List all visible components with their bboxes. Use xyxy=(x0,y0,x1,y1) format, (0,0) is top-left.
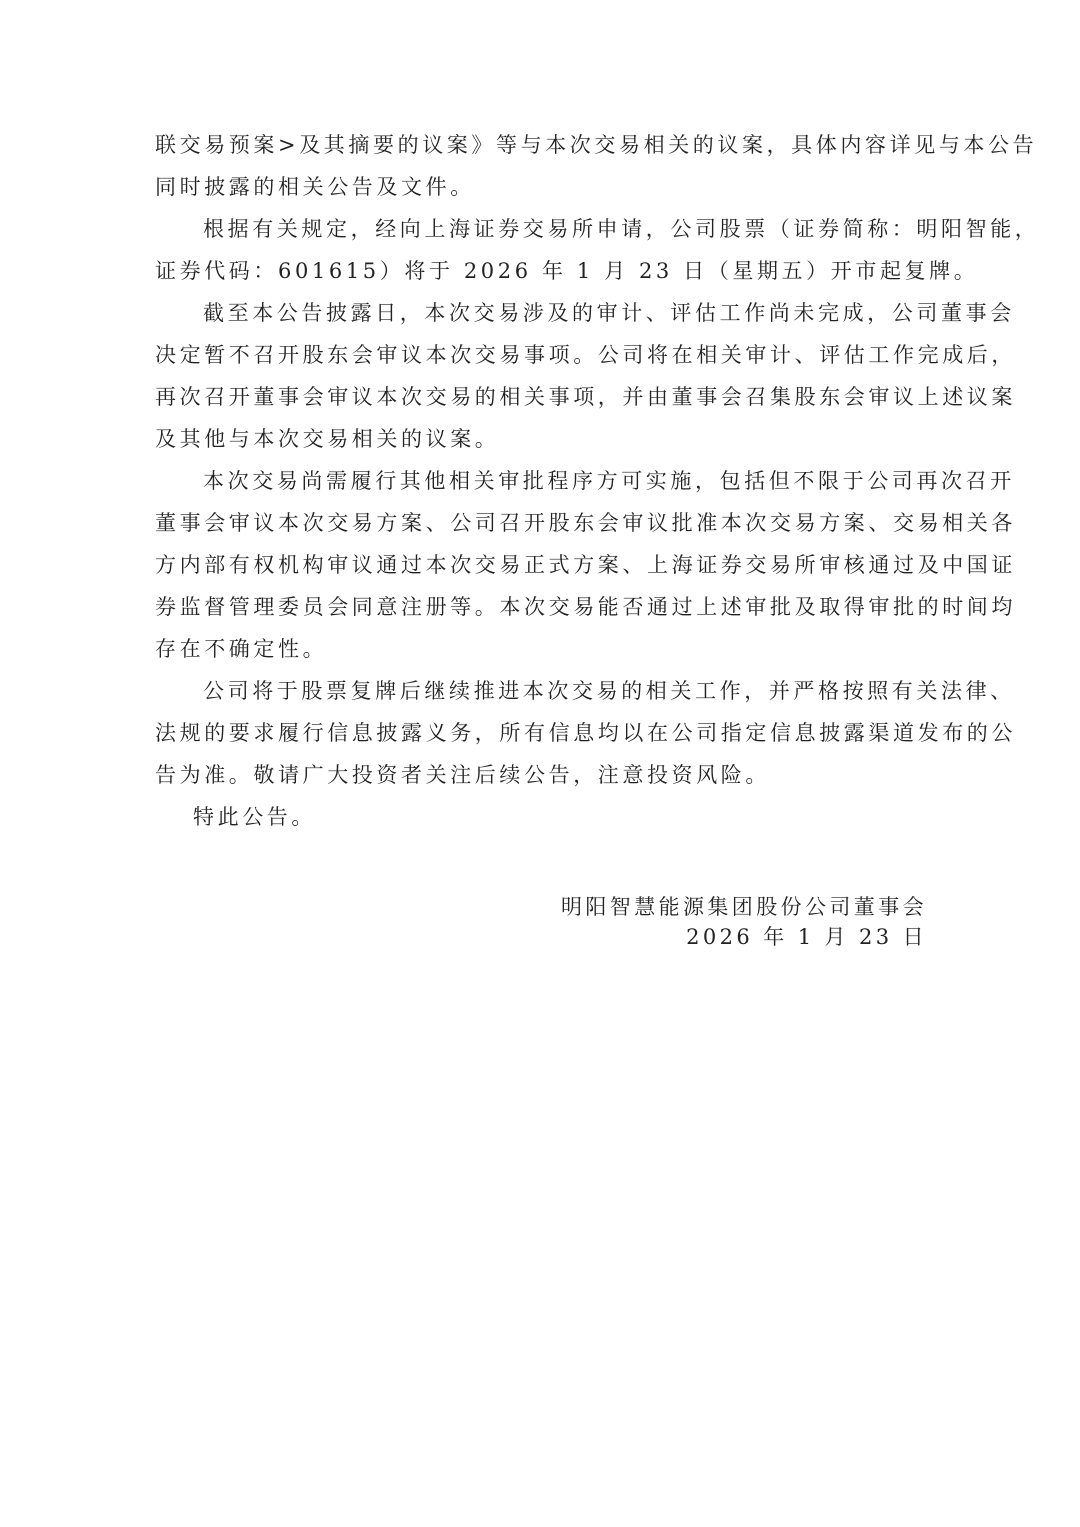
issue-date: 2026 年 1 月 23 日 xyxy=(561,922,927,952)
announcement-body: 联交易预案>及其摘要的议案》等与本次交易相关的议案，具体内容详见与本公告 同时披… xyxy=(155,124,927,838)
issuer-name: 明阳智慧能源集团股份公司董事会 xyxy=(561,892,927,922)
text-line: 特此公告。 xyxy=(155,796,927,838)
paragraph-related-documents: 联交易预案>及其摘要的议案》等与本次交易相关的议案，具体内容详见与本公告 同时披… xyxy=(155,124,927,208)
text-line: 再次召开董事会审议本次交易的相关事项，并由董事会召集股东会审议上述议案 xyxy=(155,376,927,418)
text-line: 本次交易尚需履行其他相关审批程序方可实施，包括但不限于公司再次召开 xyxy=(155,460,927,502)
text-line: 存在不确定性。 xyxy=(155,628,927,670)
paragraph-resumption: 根据有关规定，经向上海证券交易所申请，公司股票（证券简称：明阳智能， 证券代码：… xyxy=(155,208,927,292)
text-line: 决定暂不召开股东会审议本次交易事项。公司将在相关审计、评估工作完成后， xyxy=(155,334,927,376)
text-line: 法规的要求履行信息披露义务，所有信息均以在公司指定信息披露渠道发布的公 xyxy=(155,712,927,754)
paragraph-approval-procedures: 本次交易尚需履行其他相关审批程序方可实施，包括但不限于公司再次召开 董事会审议本… xyxy=(155,460,927,670)
text-line: 公司将于股票复牌后继续推进本次交易的相关工作，并严格按照有关法律、 xyxy=(155,670,927,712)
text-line: 董事会审议本次交易方案、公司召开股东会审议批准本次交易方案、交易相关各 xyxy=(155,502,927,544)
text-line: 告为准。敬请广大投资者关注后续公告，注意投资风险。 xyxy=(155,754,927,796)
text-line: 同时披露的相关公告及文件。 xyxy=(155,166,927,208)
text-line: 券监督管理委员会同意注册等。本次交易能否通过上述审批及取得审批的时间均 xyxy=(155,586,927,628)
text-line: 截至本公告披露日，本次交易涉及的审计、评估工作尚未完成，公司董事会 xyxy=(155,292,927,334)
signature-block: 明阳智慧能源集团股份公司董事会 2026 年 1 月 23 日 xyxy=(561,892,927,952)
paragraph-disclosure: 公司将于股票复牌后继续推进本次交易的相关工作，并严格按照有关法律、 法规的要求履… xyxy=(155,670,927,796)
text-line: 根据有关规定，经向上海证券交易所申请，公司股票（证券简称：明阳智能， xyxy=(155,208,927,250)
text-line: 及其他与本次交易相关的议案。 xyxy=(155,418,927,460)
text-line: 方内部有权机构审议通过本次交易正式方案、上海证券交易所审核通过及中国证 xyxy=(155,544,927,586)
paragraph-closing: 特此公告。 xyxy=(155,796,927,838)
text-line: 联交易预案>及其摘要的议案》等与本次交易相关的议案，具体内容详见与本公告 xyxy=(155,124,927,166)
paragraph-audit-status: 截至本公告披露日，本次交易涉及的审计、评估工作尚未完成，公司董事会 决定暂不召开… xyxy=(155,292,927,460)
text-line: 证券代码：601615）将于 2026 年 1 月 23 日（星期五）开市起复牌… xyxy=(155,250,927,292)
